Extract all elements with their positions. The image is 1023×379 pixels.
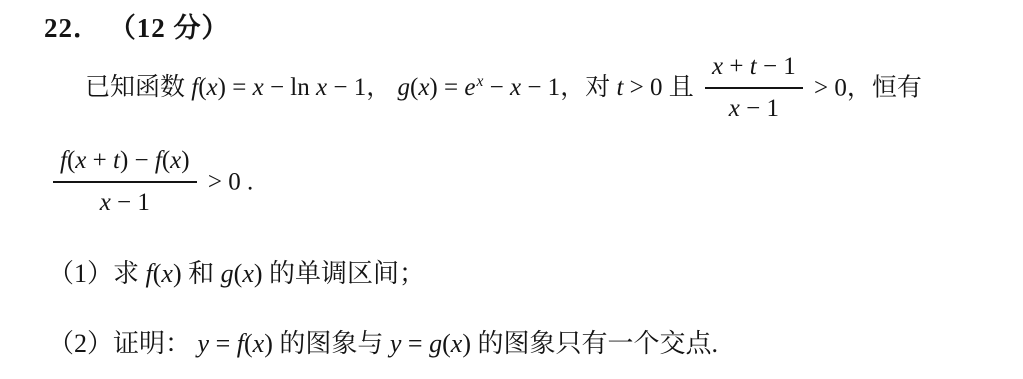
statement-text-right: > 0，恒有 [814,74,922,101]
fraction-f-difference-over-x-minus-1: f(x + t) − f(x) x − 1 [53,144,197,220]
fraction-numerator: f(x + t) − f(x) [53,144,197,183]
fraction-denominator: x − 1 [53,183,197,220]
problem-header: 22． （12 分） [44,10,230,46]
problem-points: （12 分） [109,13,230,43]
fraction-x-plus-t-minus-1-over-x-minus-1: x + t − 1 x − 1 [705,50,803,126]
statement-text-left: 已知函数 f(x) = x − ln x − 1， g(x) = ex − x … [85,74,694,101]
inequality-line: f(x + t) − f(x) x − 1 > 0 . [48,146,253,222]
problem-number: 22． [44,13,101,43]
subquestion-2: （2）证明： y = f(x) 的图象与 y = g(x) 的图象只有一个交点. [48,326,718,361]
math-problem-document: 22． （12 分） 已知函数 f(x) = x − ln x − 1， g(x… [0,0,1023,379]
inequality-tail: > 0 . [208,168,253,195]
subquestion-1: （1）求 f(x) 和 g(x) 的单调区间； [48,256,425,291]
fraction-denominator: x − 1 [705,89,803,126]
fraction-numerator: x + t − 1 [705,50,803,89]
problem-statement-line: 已知函数 f(x) = x − ln x − 1， g(x) = ex − x … [85,52,922,128]
